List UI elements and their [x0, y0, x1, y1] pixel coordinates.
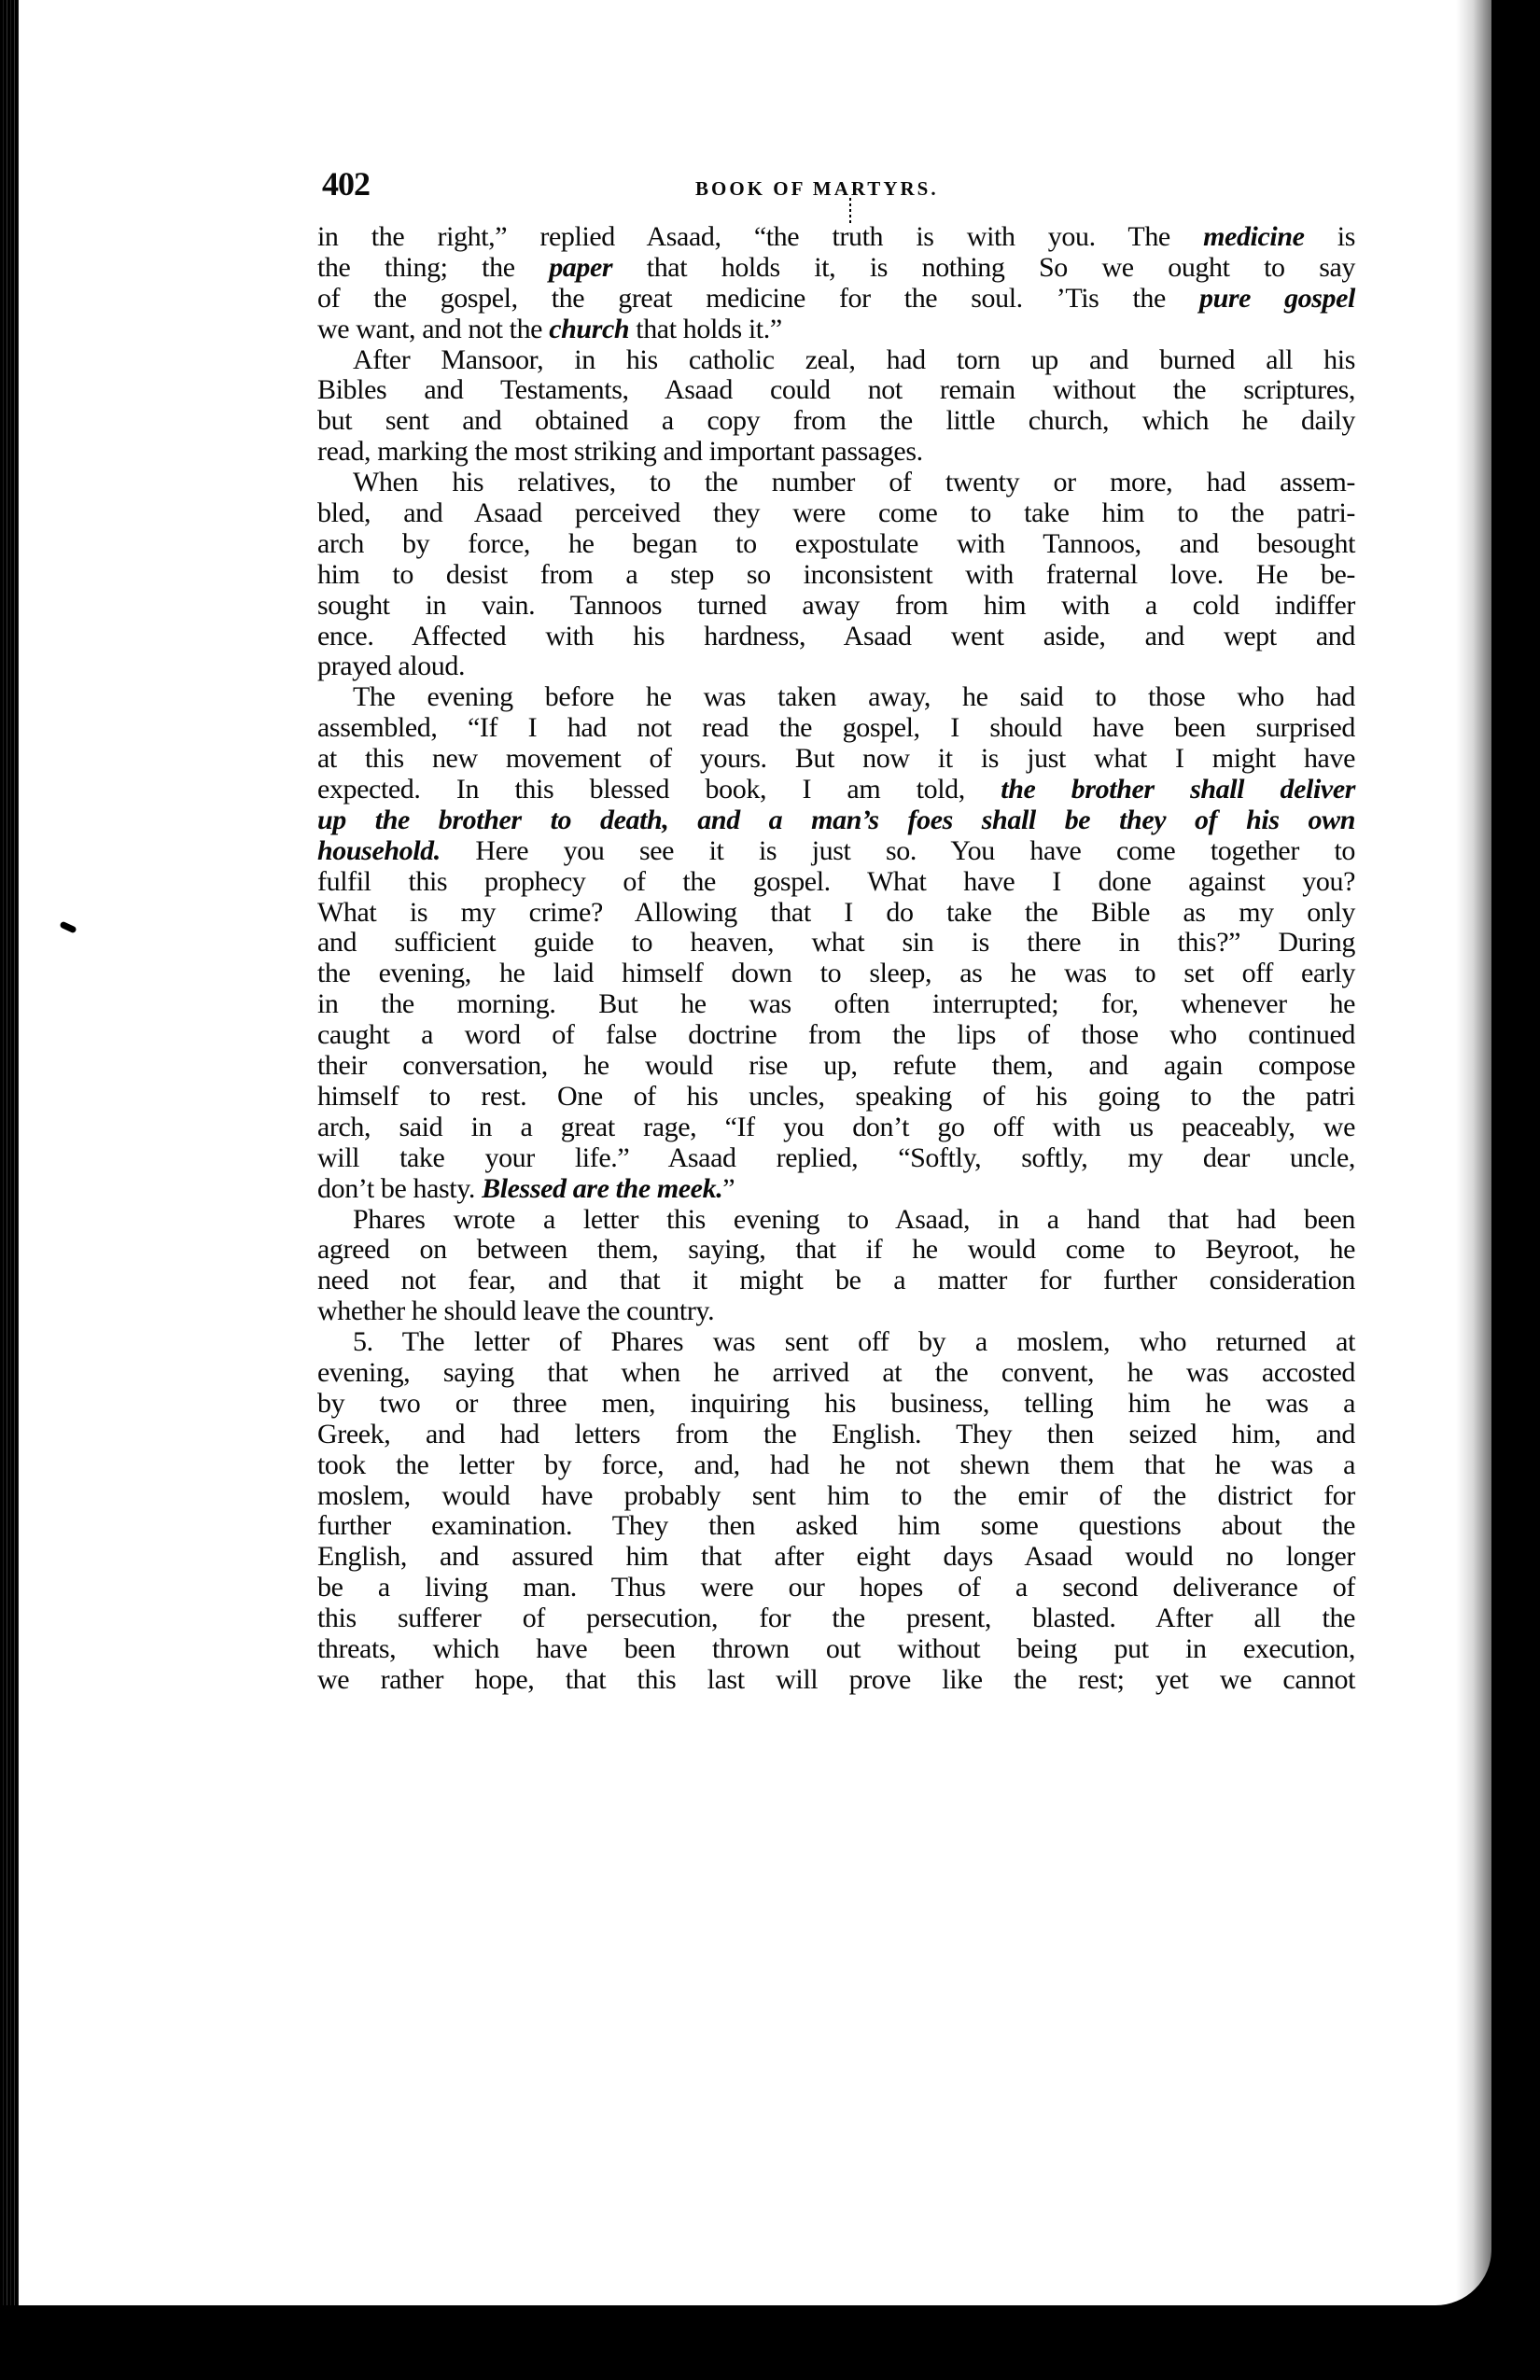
line-text: but sent and obtained a copy from the li…	[317, 405, 1355, 436]
line-text: moslem, would have probably sent him to …	[317, 1480, 1355, 1511]
line-text: we rather hope, that this last will prov…	[317, 1664, 1355, 1695]
line-text: The evening before he was taken away, he…	[353, 681, 1355, 712]
text-line: assembled, “If I had not read the gospel…	[317, 713, 1355, 744]
text-line: of the gospel, the great medicine for th…	[317, 284, 1355, 315]
text-line: be a living man. Thus were our hopes of …	[317, 1573, 1355, 1603]
line-text: prayed aloud.	[317, 651, 465, 681]
line-text: Greek, and had letters from the English.…	[317, 1419, 1355, 1449]
italic-emphasis: pure gospel	[1199, 283, 1355, 314]
line-text: sought in vain. Tannoos turned away from…	[317, 590, 1355, 621]
text-line: we rather hope, that this last will prov…	[317, 1665, 1355, 1696]
text-line: but sent and obtained a copy from the li…	[317, 406, 1355, 437]
line-text: expected. In this blessed book, I am tol…	[317, 774, 1001, 805]
text-line: 5. The letter of Phares was sent off by …	[317, 1327, 1355, 1358]
line-text: their conversation, he would rise up, re…	[317, 1050, 1355, 1081]
italic-emphasis: the brother shall deliver	[1001, 774, 1355, 805]
text-line: in the right,” replied Asaad, “the truth…	[317, 222, 1355, 253]
text-line: up the brother to death, and a man’s foe…	[317, 805, 1355, 836]
text-line: their conversation, he would rise up, re…	[317, 1051, 1355, 1082]
text-line: don’t be hasty. Blessed are the meek.”	[317, 1174, 1355, 1205]
line-text: further examination. They then asked him…	[317, 1510, 1355, 1541]
italic-emphasis: paper	[549, 252, 612, 283]
scan-right-edge-shadow	[1456, 0, 1540, 2305]
line-text: 5. The letter of Phares was sent off by …	[353, 1326, 1355, 1357]
running-title: BOOK OF MARTYRS.	[695, 177, 939, 201]
line-text: threats, which have been thrown out with…	[317, 1633, 1355, 1664]
text-line: we want, and not the church that holds i…	[317, 315, 1355, 345]
text-line: English, and assured him that after eigh…	[317, 1542, 1355, 1573]
line-text: the evening, he laid himself down to sle…	[317, 958, 1355, 988]
scan-left-border	[0, 0, 19, 2380]
text-line: the thing; the paper that holds it, is n…	[317, 253, 1355, 284]
text-line: will take your life.” Asaad replied, “So…	[317, 1143, 1355, 1174]
text-line: at this new movement of yours. But now i…	[317, 744, 1355, 775]
fold-mark	[849, 198, 851, 224]
text-line: After Mansoor, in his catholic zeal, had…	[317, 345, 1355, 376]
line-text: Phares wrote a letter this evening to As…	[353, 1204, 1355, 1235]
text-line: and sufficient guide to heaven, what sin…	[317, 928, 1355, 959]
text-line: prayed aloud.	[317, 651, 1355, 682]
italic-emphasis: household.	[317, 835, 441, 866]
italic-emphasis: church	[549, 314, 629, 344]
text-line: agreed on between them, saying, that if …	[317, 1235, 1355, 1266]
italic-emphasis: medicine	[1203, 221, 1304, 252]
line-text: arch by force, he began to expostulate w…	[317, 528, 1355, 559]
line-text: need not fear, and that it might be a ma…	[317, 1265, 1355, 1295]
line-text: in the right,” replied Asaad, “the truth…	[317, 221, 1203, 252]
text-line: evening, saying that when he arrived at …	[317, 1358, 1355, 1389]
text-line: The evening before he was taken away, he…	[317, 682, 1355, 713]
line-text: bled, and Asaad perceived they were come…	[317, 497, 1355, 528]
line-text: read, marking the most striking and impo…	[317, 436, 923, 467]
body-text: in the right,” replied Asaad, “the truth…	[317, 222, 1355, 1696]
line-text: that holds it, is nothing So we ought to…	[612, 252, 1355, 283]
text-line: took the letter by force, and, had he no…	[317, 1450, 1355, 1481]
text-line: this sufferer of persecution, for the pr…	[317, 1603, 1355, 1634]
italic-emphasis: Blessed are the meek.	[482, 1173, 722, 1204]
text-line: expected. In this blessed book, I am tol…	[317, 775, 1355, 805]
line-text: don’t be hasty.	[317, 1173, 482, 1204]
text-line: What is my crime? Allowing that I do tak…	[317, 898, 1355, 929]
text-line: moslem, would have probably sent him to …	[317, 1481, 1355, 1512]
line-text: Bibles and Testaments, Asaad could not r…	[317, 374, 1355, 405]
line-text: that holds it.”	[629, 314, 782, 344]
line-text: the thing; the	[317, 252, 549, 283]
text-line: household. Here you see it is just so. Y…	[317, 836, 1355, 867]
line-text: took the letter by force, and, had he no…	[317, 1449, 1355, 1480]
line-text: at this new movement of yours. But now i…	[317, 743, 1355, 774]
line-text: assembled, “If I had not read the gospel…	[317, 712, 1355, 743]
text-line: caught a word of false doctrine from the…	[317, 1020, 1355, 1051]
line-text: caught a word of false doctrine from the…	[317, 1019, 1355, 1050]
page-number: 402	[322, 164, 370, 203]
text-line: further examination. They then asked him…	[317, 1511, 1355, 1542]
text-line: sought in vain. Tannoos turned away from…	[317, 591, 1355, 622]
text-line: whether he should leave the country.	[317, 1296, 1355, 1327]
line-text: and sufficient guide to heaven, what sin…	[317, 927, 1355, 958]
line-text: evening, saying that when he arrived at …	[317, 1357, 1355, 1388]
line-text: will take your life.” Asaad replied, “So…	[317, 1142, 1355, 1173]
line-text: of the gospel, the great medicine for th…	[317, 283, 1199, 314]
text-line: himself to rest. One of his uncles, spea…	[317, 1082, 1355, 1113]
line-text: whether he should leave the country.	[317, 1295, 714, 1326]
text-line: in the morning. But he was often interru…	[317, 989, 1355, 1020]
line-text: is	[1305, 221, 1355, 252]
line-text: After Mansoor, in his catholic zeal, had…	[353, 344, 1355, 375]
text-line: need not fear, and that it might be a ma…	[317, 1266, 1355, 1296]
line-text: this sufferer of persecution, for the pr…	[317, 1603, 1355, 1633]
text-line: threats, which have been thrown out with…	[317, 1634, 1355, 1665]
text-line: ence. Affected with his hardness, Asaad …	[317, 622, 1355, 652]
text-line: him to desist from a step so inconsisten…	[317, 560, 1355, 591]
line-text: fulfil this prophecy of the gospel. What…	[317, 866, 1355, 897]
text-line: fulfil this prophecy of the gospel. What…	[317, 867, 1355, 898]
running-head: 402 BOOK OF MARTYRS.	[322, 164, 1358, 202]
line-text: arch, said in a great rage, “If you don’…	[317, 1112, 1355, 1142]
line-text: English, and assured him that after eigh…	[317, 1541, 1355, 1572]
line-text: in the morning. But he was often interru…	[317, 988, 1355, 1019]
scan-bottom-border	[0, 2305, 1540, 2380]
text-line: When his relatives, to the number of twe…	[317, 468, 1355, 498]
text-line: arch by force, he began to expostulate w…	[317, 529, 1355, 560]
text-line: bled, and Asaad perceived they were come…	[317, 498, 1355, 529]
line-text: What is my crime? Allowing that I do tak…	[317, 897, 1355, 928]
line-text: Here you see it is just so. You have com…	[441, 835, 1355, 866]
line-text: When his relatives, to the number of twe…	[353, 467, 1355, 497]
line-text: by two or three men, inquiring his busin…	[317, 1388, 1355, 1419]
line-text: we want, and not the	[317, 314, 549, 344]
text-line: Bibles and Testaments, Asaad could not r…	[317, 375, 1355, 406]
line-text: him to desist from a step so inconsisten…	[317, 559, 1355, 590]
text-line: arch, said in a great rage, “If you don’…	[317, 1113, 1355, 1143]
line-text: ”	[722, 1173, 735, 1204]
text-line: Phares wrote a letter this evening to As…	[317, 1205, 1355, 1236]
line-text: agreed on between them, saying, that if …	[317, 1234, 1355, 1265]
line-text: himself to rest. One of his uncles, spea…	[317, 1081, 1355, 1112]
italic-emphasis: up the brother to death, and a man’s foe…	[317, 805, 1355, 835]
text-line: Greek, and had letters from the English.…	[317, 1420, 1355, 1450]
line-text: be a living man. Thus were our hopes of …	[317, 1572, 1355, 1603]
text-line: the evening, he laid himself down to sle…	[317, 959, 1355, 989]
line-text: ence. Affected with his hardness, Asaad …	[317, 621, 1355, 651]
text-line: by two or three men, inquiring his busin…	[317, 1389, 1355, 1420]
text-line: read, marking the most striking and impo…	[317, 437, 1355, 468]
